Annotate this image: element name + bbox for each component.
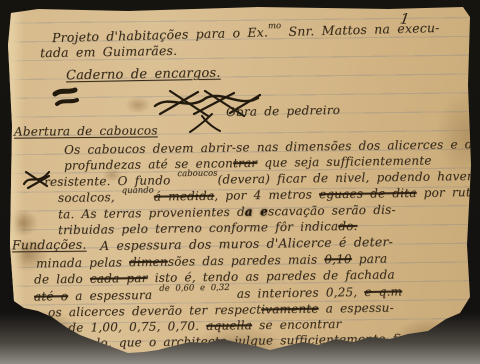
struck-text: eguaes de dita	[319, 186, 417, 201]
struck-text: cada par	[90, 271, 148, 286]
underlined-heading: Caderno de encargos.	[66, 66, 221, 84]
interlinear-insertion: caboucos	[177, 169, 217, 180]
struck-text: até o	[34, 289, 68, 303]
handwritten-text: Projeto d'habitações para o Ex.	[52, 24, 268, 45]
struck-text: ivamente	[261, 302, 319, 317]
struck-text: á medida	[154, 189, 215, 204]
handwritten-text: , por 4 metros	[214, 187, 319, 202]
body-line: A espessura dos muros d'Alicerce é deter…	[100, 235, 393, 253]
handwritten-text: socalcos,	[58, 190, 122, 205]
handwritten-text: resistente. O fundo	[44, 173, 178, 189]
handwritten-text: um solo, que o architecto julgue suffici…	[56, 332, 410, 351]
handwritten-text: ficar de nivel, podendo haver	[270, 169, 473, 186]
interlinear-insertion: de 0,60 e 0,32	[159, 283, 230, 294]
struck-text: do.	[338, 219, 357, 233]
handwritten-text: sões das paredes mais	[168, 252, 325, 268]
handwritten-text: as interiores 0,25,	[230, 285, 365, 301]
struck-text: aquella	[206, 318, 252, 333]
photo-background: 1 Projeto d'habitações para o Ex.mo Snr.…	[0, 0, 480, 364]
struck-text: trar	[233, 156, 257, 170]
obra-subheading: Obra de pedreiro	[226, 103, 340, 119]
abertura-heading: Abertura de caboucos	[14, 123, 158, 138]
handwritten-text: Obra de pedreiro	[226, 103, 340, 119]
manuscript-text-layer: 1 Projeto d'habitações para o Ex.mo Snr.…	[0, 0, 480, 364]
handwritten-text: tada em Guimarães.	[40, 43, 178, 60]
handwritten-text: por rut-	[417, 185, 476, 200]
manuscript-paper: 1 Projeto d'habitações para o Ex.mo Snr.…	[8, 5, 472, 357]
handwritten-text: se encontrar	[252, 317, 342, 332]
handwritten-text: para	[352, 252, 388, 266]
handwritten-text: a espessu-	[319, 301, 394, 316]
handwritten-text: A espessura dos muros d'Alicerce é deter…	[100, 234, 393, 253]
handwritten-text: (devera)	[217, 172, 270, 187]
handwritten-text: ra de 1,00, 0,75, 0,70.	[48, 319, 206, 335]
struck-text: dimen	[129, 255, 168, 270]
underlined-heading: Fundações.	[12, 237, 87, 253]
handwritten-text: a espessura	[68, 288, 159, 303]
interlinear-insertion: quando	[122, 186, 154, 196]
handwritten-text: Snr. Mattos na execu-	[281, 20, 440, 39]
title-line-2: tada em Guimarães.	[40, 44, 178, 60]
handwritten-text: isto é, tendo as paredes de fachada	[148, 267, 395, 284]
underlined-heading: Abertura de caboucos	[14, 123, 158, 138]
caderno-heading: Caderno de encargos.	[66, 67, 221, 84]
ink-blot-icon	[52, 86, 80, 112]
handwritten-text: ta. As terras provenientes d	[58, 205, 245, 222]
ink-blotted-text: a e	[245, 204, 268, 218]
handwritten-text: que seja sufficientemente	[257, 153, 432, 169]
struck-text: e q.m	[364, 284, 402, 299]
body-line: um solo, que o architecto julgue suffici…	[56, 332, 410, 351]
handwritten-text: scavação serão dis-	[268, 203, 396, 219]
struck-text: 0,10	[324, 252, 352, 266]
handwritten-text: os alicerces deverão ter respect	[48, 302, 261, 319]
handwritten-text: de lado	[34, 272, 90, 287]
handwritten-text: minada pelas	[36, 255, 129, 270]
fundacoes-heading: Fundações.	[12, 238, 87, 253]
interlinear-insertion: mo	[268, 21, 281, 31]
